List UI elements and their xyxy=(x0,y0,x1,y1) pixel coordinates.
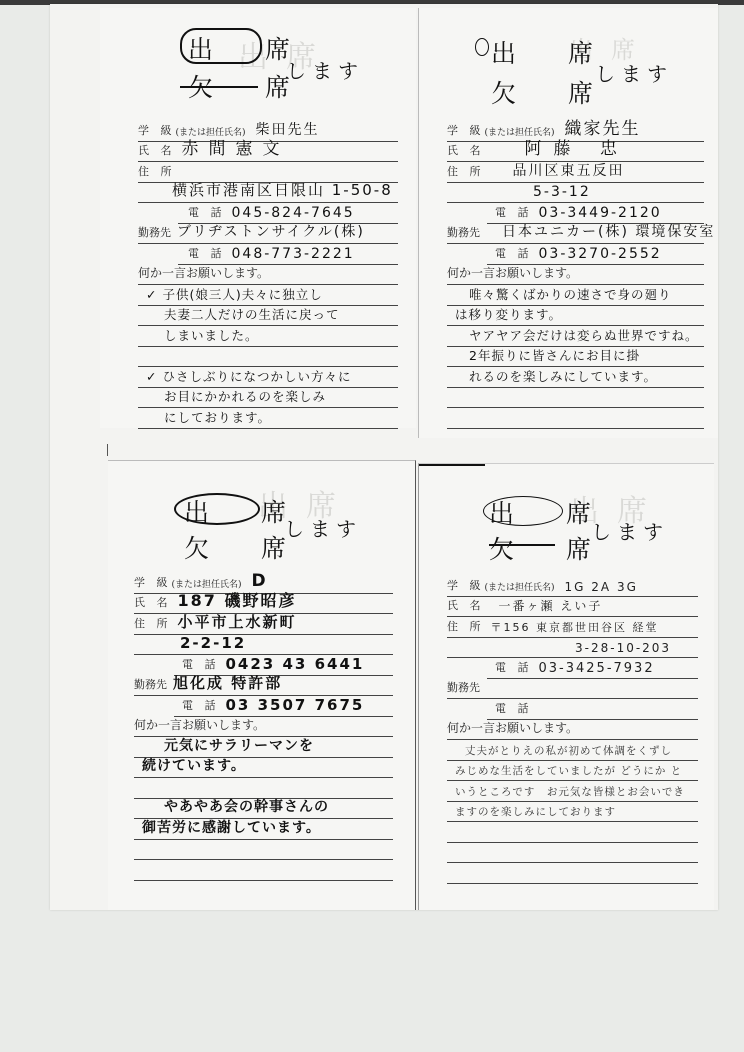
comment-prompt: 何か一言お願いします。 xyxy=(138,264,269,284)
comment-line xyxy=(447,388,704,409)
grade-row: 学 級 (または担任氏名) 1G 2A 3G xyxy=(447,576,698,597)
comment-text xyxy=(447,881,455,883)
comment-text xyxy=(447,860,455,862)
address-value-2: 5-3-12 xyxy=(447,184,591,202)
comment-text: みじめな生活をしていましたが どうにか と xyxy=(447,763,682,780)
workplace-row: 勤務先 日本ユニカー(株) 環境保安室 xyxy=(447,224,704,245)
comment-text xyxy=(447,405,455,407)
grade-value: 1G 2A 3G xyxy=(559,580,638,596)
comment-line: ✓ 子供(娘三人)夫々に独立し xyxy=(138,285,398,306)
form-rows: 学 級 (または担任氏名) 織家先生 氏 名 阿藤 忠 住 所 品川区東五反田 … xyxy=(419,121,718,429)
address-value: 横浜市港南区日限山 1-50-8 xyxy=(138,179,393,202)
form-rows: 学 級 (または担任氏名) D 氏 名 187 磯野昭彦 住 所 小平市上水新町… xyxy=(108,573,415,881)
grade-label: 学 級 xyxy=(447,577,485,596)
address-label: 住 所 xyxy=(447,163,485,182)
comment-line: お目にかかれるのを楽しみ xyxy=(138,388,398,409)
grade-note: (または担任氏名) xyxy=(485,583,555,593)
comment-text: 続けています。 xyxy=(134,755,246,777)
comment-line: ますのを楽しみにしております xyxy=(447,802,698,823)
workplace-row: 勤務先 旭化成 特許部 xyxy=(134,676,393,697)
comment-prompt: 何か一言お願いします。 xyxy=(447,264,578,284)
workplace-phone-row: 電 話 048-773-2221 xyxy=(178,244,398,265)
comment-text: やあやあ会の幹事さんの xyxy=(134,796,329,818)
address-row-2: 5-3-12 xyxy=(447,183,704,204)
phone-value: 03-3425-7932 xyxy=(533,661,655,678)
name-value: 阿藤 忠 xyxy=(485,134,629,161)
workplace-label: 勤務先 xyxy=(138,224,171,243)
comment-line: にしております。 xyxy=(138,408,398,429)
comment-text xyxy=(134,878,142,880)
workplace-label: 勤務先 xyxy=(134,676,167,695)
workplace-row: 勤務先 xyxy=(447,679,698,700)
comment-line: 丈夫がとりえの私が初めて体調をくずし xyxy=(447,740,698,761)
workplace-phone-label: 電 話 xyxy=(174,697,220,716)
comment-line: ヤアヤア会だけは変らぬ世界ですね。 xyxy=(447,326,704,347)
comment-line xyxy=(134,840,393,861)
workplace-phone-value: 03 3507 7675 xyxy=(220,696,365,716)
comment-line: いうところです お元気な皆様とお会いでき xyxy=(447,781,698,802)
address-row-2: 2-2-12 xyxy=(134,635,393,656)
comment-line xyxy=(134,860,393,881)
comment-text: れるのを楽しみにしています。 xyxy=(447,367,657,387)
address-value: 品川区東五反田 xyxy=(485,160,625,182)
workplace-value: 旭化成 特許部 xyxy=(167,672,282,695)
form-rows: 学 級 (または担任氏名) 柴田先生 氏 名 赤間憲文 住 所 横浜市港南区日限… xyxy=(100,121,416,429)
shimasu-label: します xyxy=(595,58,673,87)
comment-line: 御苦労に感謝しています。 xyxy=(134,819,393,840)
comment-text: お目にかかれるのを楽しみ xyxy=(138,387,326,407)
comment-text: ✓ ひさしぶりになつかしい方々に xyxy=(138,367,351,387)
comment-line: 唯々驚くばかりの速さで身の廻り xyxy=(447,285,704,306)
attendance-header: 出 席 欠 席 します xyxy=(108,461,415,571)
comment-text: ますのを楽しみにしております xyxy=(447,804,616,821)
address-value-2: 3-28-10-203 xyxy=(447,641,671,657)
address-row: 住 所 〒156 東京都世田谷区 経堂 xyxy=(447,617,698,638)
address-row-2: 3-28-10-203 xyxy=(447,638,698,659)
comment-prompt-row: 何か一言お願いします。 xyxy=(447,720,698,741)
strike-through-mark xyxy=(489,544,555,546)
comment-line: は移り変ります。 xyxy=(447,306,704,327)
reply-card-top-right: 出席 出 席 欠 席 します 学 級 (または担任氏名) 織家先生 氏 名 阿藤… xyxy=(418,8,718,438)
name-value: 一番ヶ瀬 えい子 xyxy=(485,597,603,616)
workplace-phone-row: 電 話 xyxy=(487,699,698,720)
address-value: 小平市上水新町 xyxy=(172,611,297,634)
comment-text: 御苦労に感謝しています。 xyxy=(134,817,321,839)
name-label: 氏 名 xyxy=(134,594,172,613)
strike-through-mark-2 xyxy=(419,464,485,466)
comment-text: にしております。 xyxy=(138,408,271,428)
phone-row: 電 話 03-3425-7932 xyxy=(487,658,698,679)
name-label: 氏 名 xyxy=(138,142,176,161)
shimasu-label: します xyxy=(591,516,669,545)
comment-prompt: 何か一言お願いします。 xyxy=(447,719,578,739)
comment-text: ✓ 子供(娘三人)夫々に独立し xyxy=(138,285,323,305)
phone-label: 電 話 xyxy=(487,659,533,678)
comment-prompt-row: 何か一言お願いします。 xyxy=(447,265,704,286)
reply-card-bottom-right: 出席 出 席 欠 席 します 学 級 (または担任氏名) 1G 2A 3G 氏 … xyxy=(418,463,714,910)
comment-line xyxy=(138,347,398,368)
workplace-phone-row: 電 話 03-3270-2552 xyxy=(487,244,704,265)
comment-text: 丈夫がとりえの私が初めて体調をくずし xyxy=(447,743,672,760)
shimasu-label: します xyxy=(284,513,362,542)
address-row: 横浜市港南区日限山 1-50-8 xyxy=(138,183,398,204)
comment-text: は移り変ります。 xyxy=(447,305,562,325)
comment-prompt-row: 何か一言お願いします。 xyxy=(138,265,398,286)
comment-line: 続けています。 xyxy=(134,758,393,779)
workplace-row: 勤務先 ブリヂストンサイクル(株) xyxy=(138,224,398,245)
comment-text: 夫妻二人だけの生活に戻って xyxy=(138,305,340,325)
name-label: 氏 名 xyxy=(447,597,485,616)
address-value: 〒156 東京都世田谷区 経堂 xyxy=(485,619,659,637)
comment-text: 唯々驚くばかりの速さで身の廻り xyxy=(447,285,672,305)
shimasu-label: します xyxy=(286,55,364,84)
comment-line xyxy=(447,822,698,843)
name-value: 赤間憲文 xyxy=(176,134,290,161)
comment-line: みじめな生活をしていましたが どうにか と xyxy=(447,761,698,782)
workplace-value: ブリヂストンサイクル(株) xyxy=(171,221,365,243)
grade-label: 学 級 xyxy=(134,574,172,593)
attendance-header: 出 席 欠 席 します xyxy=(419,8,718,118)
attendance-header: 出 席 欠 席 します xyxy=(100,8,416,118)
comment-line: れるのを楽しみにしています。 xyxy=(447,367,704,388)
workplace-phone-value: 03-3270-2552 xyxy=(533,246,662,264)
small-circle-mark xyxy=(475,38,489,56)
comment-prompt: 何か一言お願いします。 xyxy=(134,716,265,736)
workplace-value: 日本ユニカー(株) 環境保安室 xyxy=(480,221,715,243)
name-label: 氏 名 xyxy=(447,142,485,161)
grade-label: 学 級 xyxy=(447,122,485,141)
phone-label: 電 話 xyxy=(487,204,533,223)
comment-text xyxy=(447,426,455,428)
reply-card-top-left: 出席 出 席 欠 席 します 学 級 (または担任氏名) 柴田先生 氏 名 赤間… xyxy=(100,8,416,428)
phone-label: 電 話 xyxy=(178,204,226,223)
comment-text: ヤアヤア会だけは変らぬ世界ですね。 xyxy=(447,326,699,346)
workplace-label: 勤務先 xyxy=(447,679,480,698)
comment-line xyxy=(447,863,698,884)
address-row: 住 所 小平市上水新町 xyxy=(134,614,393,635)
workplace-value xyxy=(480,696,486,698)
name-value: 187 磯野昭彦 xyxy=(172,588,297,613)
attendance-header: 出 席 欠 席 します xyxy=(419,464,714,574)
comment-text: しまいました。 xyxy=(138,326,259,346)
comment-text: 元気にサラリーマンを xyxy=(134,735,314,757)
workplace-phone-label: 電 話 xyxy=(487,245,533,264)
workplace-phone-label: 電 話 xyxy=(178,245,226,264)
phone-value: 045-824-7645 xyxy=(226,205,355,223)
form-rows: 学 級 (または担任氏名) 1G 2A 3G 氏 名 一番ヶ瀬 えい子 住 所 … xyxy=(419,576,714,884)
comment-text: いうところです お元気な皆様とお会いでき xyxy=(447,784,685,801)
address-row: 住 所 品川区東五反田 xyxy=(447,162,704,183)
cut-mark xyxy=(107,444,108,456)
workplace-phone-row: 電 話 03 3507 7675 xyxy=(174,696,393,717)
grade-label: 学 級 xyxy=(138,122,176,141)
comment-line: 2年振りに皆さんにお目に掛 xyxy=(447,347,704,368)
address-value-2: 2-2-12 xyxy=(134,634,246,654)
comment-line: ✓ ひさしぶりになつかしい方々に xyxy=(138,367,398,388)
comment-line: しまいました。 xyxy=(138,326,398,347)
phone-value: 03-3449-2120 xyxy=(533,205,662,223)
reply-card-bottom-left: 出席 出 席 欠 席 します 学 級 (または担任氏名) D 氏 名 187 磯… xyxy=(108,460,416,910)
workplace-phone-value: 048-773-2221 xyxy=(226,246,355,264)
workplace-label: 勤務先 xyxy=(447,224,480,243)
comment-text xyxy=(447,840,455,842)
name-row: 氏 名 一番ヶ瀬 えい子 xyxy=(447,597,698,618)
workplace-phone-label: 電 話 xyxy=(487,700,533,719)
comment-line: 夫妻二人だけの生活に戻って xyxy=(138,306,398,327)
comment-line xyxy=(447,408,704,429)
comment-line xyxy=(447,843,698,864)
name-row: 氏 名 赤間憲文 xyxy=(138,142,398,163)
strike-through-mark xyxy=(180,86,258,88)
comment-text xyxy=(134,857,142,859)
address-label: 住 所 xyxy=(134,615,172,634)
comment-text: 2年振りに皆さんにお目に掛 xyxy=(447,346,640,366)
address-label: 住 所 xyxy=(447,618,485,637)
